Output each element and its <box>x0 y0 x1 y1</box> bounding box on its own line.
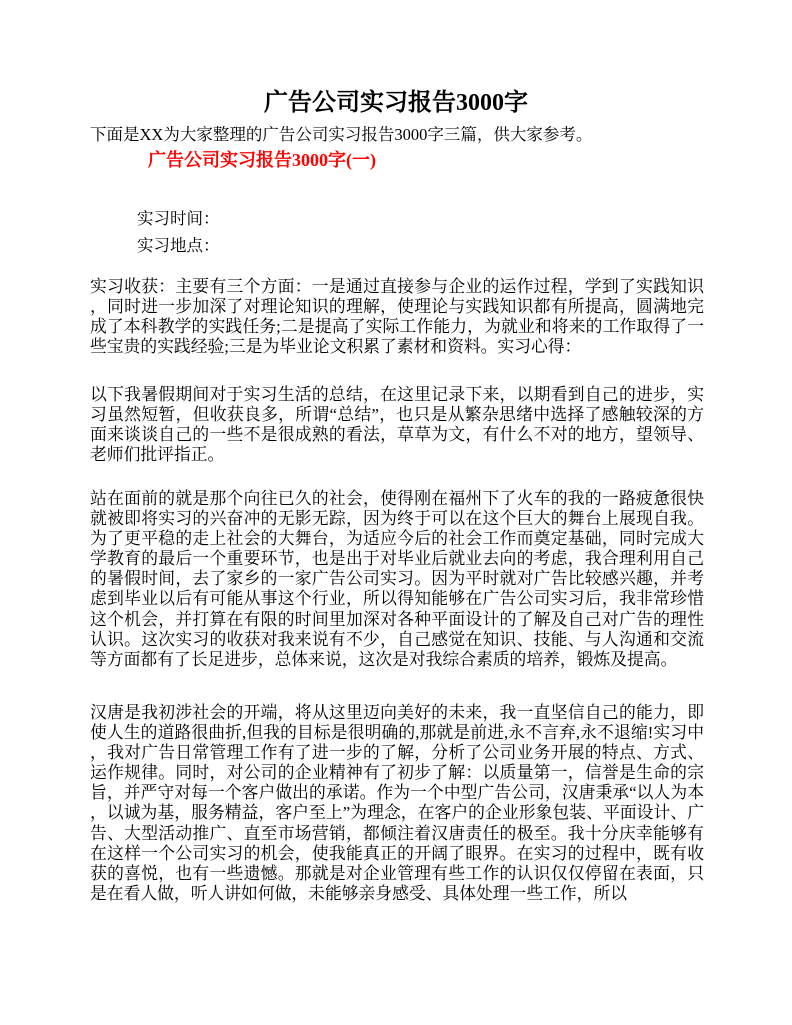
paragraph-internship-gains: 实习收获：主要有三个方面：一是通过直接参与企业的运作过程，学到了实践知识，同时进… <box>90 277 704 357</box>
paragraph-society-experience: 站在面前的就是那个向往已久的社会，使得刚在福州下了火车的我的一路疲惫很快就被即将… <box>90 489 704 670</box>
field-internship-location: 实习地点： <box>137 236 220 256</box>
field-internship-time: 实习时间： <box>137 209 220 229</box>
section-heading: 广告公司实习报告3000字(一) <box>148 149 376 171</box>
document-title: 广告公司实习报告3000字 <box>0 88 792 118</box>
document-page: 广告公司实习报告3000字 下面是XX为大家整理的广告公司实习报告3000字三篇… <box>0 0 792 1025</box>
paragraph-summary-intro: 以下我暑假期间对于实习生活的总结，在这里记录下来，以期看到自己的进步，实习虽然短… <box>90 385 704 465</box>
paragraph-hantang-company: 汉唐是我初涉社会的开端，将从这里迈向美好的未来，我一直坚信自己的能力，即使人生的… <box>90 703 704 904</box>
intro-line: 下面是XX为大家整理的广告公司实习报告3000字三篇，供大家参考。 <box>90 125 704 145</box>
